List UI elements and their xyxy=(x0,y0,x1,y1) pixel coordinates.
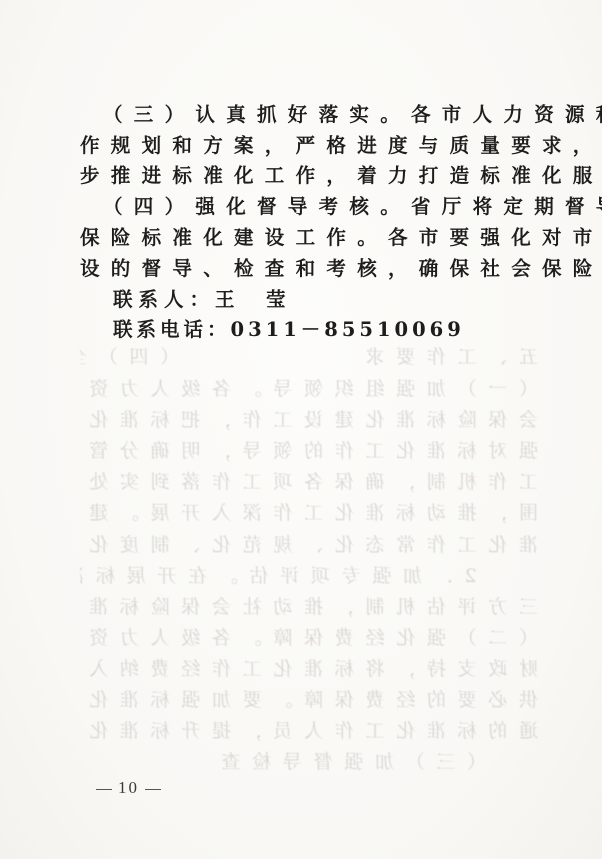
show-through-line: 会保险标准化建设工作，把标准化工作纳入重要议事日程，切实加 xyxy=(80,409,538,431)
show-through-line: 财政支持，将标准化工作经费纳入年度预算，为标准化工作开展提 xyxy=(80,658,538,680)
paragraph-line: 作规划和方案，严格进度与质量要求，跟踪贯彻实施标准进程，稳 xyxy=(80,134,550,158)
dash-right xyxy=(145,789,161,790)
paragraph-line: 步推进标准化工作，着力打造标准化服务和管理品牌。 xyxy=(80,164,550,188)
show-through-line: 强对标准化工作的领导，明确分管领导和具体负责人员，建立健全 xyxy=(80,440,538,462)
show-through-line: （三）加强督导检查 社保局分管领导。 xyxy=(80,751,538,773)
show-through-line: 供必要的经费保障。要加强标准化人才队伍建设，培养一批业务精 xyxy=(80,689,538,711)
paragraph-line: 设的督导、检查和考核，确保社会保险标准化建设工作稳步推进。 xyxy=(80,257,550,281)
show-through-line: （二）强化经费保障。各级人力资源社会保障部门要积极争取 xyxy=(80,627,538,649)
page-number: 10 xyxy=(90,778,167,798)
show-through-line: （一）加强组织领导。各级人力资源社会保障部门要高度重视社 xyxy=(80,378,538,400)
show-through-line: 通的标准化工作人员，提升标准化工作水平。 xyxy=(80,720,538,742)
contact-phone: 联系电话：0311－85510069 xyxy=(113,318,465,342)
show-through-line: 三方评估机制，推动社会保险标准化建设水平不断提升。 xyxy=(80,596,538,618)
paragraph-line: （三）认真抓好落实。各市人力资源和社会保障局要按照工 xyxy=(103,103,602,127)
document-page: 五、工作要求 （四）全面开展标准应用评价 （一）加强组织领导。各级人力资源社会保… xyxy=(0,0,602,859)
page-number-value: 10 xyxy=(118,778,139,797)
paragraph-line: 保险标准化建设工作。各市要强化对市县两级社会保险标准化建 xyxy=(80,226,550,250)
show-through-line: 工作机制，确保各项工作落到实处。要加大宣传力度，营造良好氛 xyxy=(80,471,538,493)
show-through-line: 2．加强专项评估。在开展标准实施评价的同时，积极探索第 xyxy=(80,565,538,587)
paragraph-line: （四）强化督导考核。省厅将定期督导、检查和考核各市社会 xyxy=(103,195,602,219)
dash-left xyxy=(96,789,112,790)
contact-person: 联系人：王 莹 xyxy=(113,288,292,312)
show-through-line: 五、工作要求 （四）全面开展标准应用评价 xyxy=(80,346,538,368)
show-through-line: 围，推动标准化工作深入开展。建立长效管理机制，确保社会保险标 xyxy=(80,502,538,524)
show-through-line: 准化工作常态化、规范化、制度化。 xyxy=(80,534,538,556)
